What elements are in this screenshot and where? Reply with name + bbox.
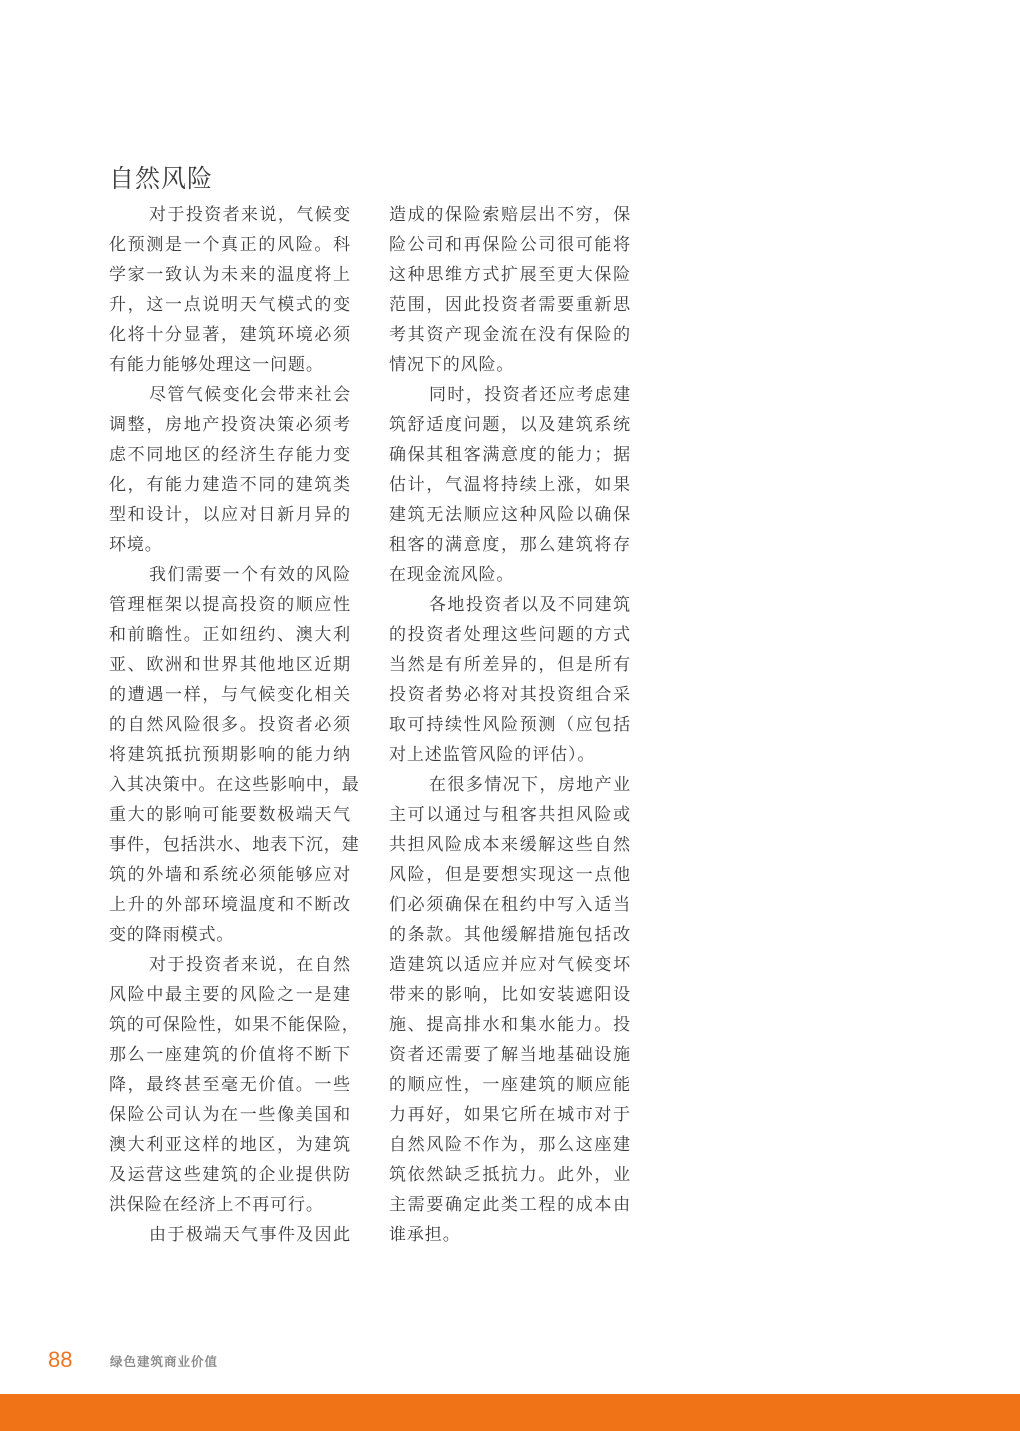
text-line: 对于投资者来说，在自然: [109, 950, 351, 980]
text-line: 在现金流风险。: [389, 560, 631, 590]
text-line: 租客的满意度，那么建筑将存: [389, 530, 631, 560]
text-line: 带来的影响，比如安装遮阳设: [389, 980, 631, 1010]
paragraph: 对于投资者来说，在自然 风险中最主要的风险之一是建 筑的可保险性，如果不能保险，…: [109, 950, 351, 1220]
text-line: 的条款。其他缓解措施包括改: [389, 920, 631, 950]
text-line: 我们需要一个有效的风险: [109, 560, 351, 590]
right-column: 造成的保险索赔层出不穷，保 险公司和再保险公司很可能将 这种思维方式扩展至更大保…: [389, 200, 631, 1250]
text-line: 虑不同地区的经济生存能力变: [109, 440, 351, 470]
text-line: 筑依然缺乏抵抗力。此外，业: [389, 1160, 631, 1190]
text-line: 入其决策中。在这些影响中，最: [109, 770, 351, 800]
text-line: 估计，气温将持续上涨，如果: [389, 470, 631, 500]
text-line: 资者还需要了解当地基础设施: [389, 1040, 631, 1070]
text-line: 上升的外部环境温度和不断改: [109, 890, 351, 920]
text-line: 风险，但是要想实现这一点他: [389, 860, 631, 890]
text-line: 当然是有所差异的，但是所有: [389, 650, 631, 680]
text-line: 降，最终甚至毫无价值。一些: [109, 1070, 351, 1100]
text-line: 学家一致认为未来的温度将上: [109, 260, 351, 290]
text-line: 风险中最主要的风险之一是建: [109, 980, 351, 1010]
text-line: 化将十分显著，建筑环境必须: [109, 320, 351, 350]
text-line: 各地投资者以及不同建筑: [389, 590, 631, 620]
text-line: 险公司和再保险公司很可能将: [389, 230, 631, 260]
text-line: 尽管气候变化会带来社会: [109, 380, 351, 410]
paragraph: 尽管气候变化会带来社会 调整，房地产投资决策必须考 虑不同地区的经济生存能力变 …: [109, 380, 351, 560]
footer-accent-bar: [0, 1394, 1020, 1431]
text-line: 调整，房地产投资决策必须考: [109, 410, 351, 440]
text-line: 环境。: [109, 530, 351, 560]
text-line: 确保其租客满意度的能力；据: [389, 440, 631, 470]
paragraph: 各地投资者以及不同建筑 的投资者处理这些问题的方式 当然是有所差异的，但是所有 …: [389, 590, 631, 770]
text-line: 造建筑以适应并应对气候变坏: [389, 950, 631, 980]
paragraph: 在很多情况下，房地产业 主可以通过与租客共担风险或 共担风险成本来缓解这些自然 …: [389, 770, 631, 1250]
publication-title: 绿色建筑商业价值: [110, 1353, 218, 1371]
text-line: 化，有能力建造不同的建筑类: [109, 470, 351, 500]
left-column: 对于投资者来说，气候变 化预测是一个真正的风险。科 学家一致认为未来的温度将上 …: [109, 200, 351, 1250]
text-line: 谁承担。: [389, 1220, 631, 1250]
text-line: 主需要确定此类工程的成本由: [389, 1190, 631, 1220]
text-line: 保险公司认为在一些像美国和: [109, 1100, 351, 1130]
text-line: 主可以通过与租客共担风险或: [389, 800, 631, 830]
paragraph: 造成的保险索赔层出不穷，保 险公司和再保险公司很可能将 这种思维方式扩展至更大保…: [389, 200, 631, 380]
text-line: 共担风险成本来缓解这些自然: [389, 830, 631, 860]
text-line: 那么一座建筑的价值将不断下: [109, 1040, 351, 1070]
text-line: 及运营这些建筑的企业提供防: [109, 1160, 351, 1190]
text-line: 对上述监管风险的评估）。: [389, 740, 631, 770]
page-number: 88: [48, 1346, 72, 1374]
text-line: 的投资者处理这些问题的方式: [389, 620, 631, 650]
paragraph: 由于极端天气事件及因此: [109, 1220, 351, 1250]
text-line: 化预测是一个真正的风险。科: [109, 230, 351, 260]
text-line: 投资者势必将对其投资组合采: [389, 680, 631, 710]
text-line: 事件，包括洪水、地表下沉，建: [109, 830, 351, 860]
text-line: 范围，因此投资者需要重新思: [389, 290, 631, 320]
text-line: 造成的保险索赔层出不穷，保: [389, 200, 631, 230]
text-line: 有能力能够处理这一问题。: [109, 350, 351, 380]
text-line: 的遭遇一样，与气候变化相关: [109, 680, 351, 710]
text-line: 筑的可保险性，如果不能保险，: [109, 1010, 351, 1040]
text-line: 力再好，如果它所在城市对于: [389, 1100, 631, 1130]
text-line: 筑的外墙和系统必须能够应对: [109, 860, 351, 890]
text-line: 由于极端天气事件及因此: [109, 1220, 351, 1250]
text-line: 同时，投资者还应考虑建: [389, 380, 631, 410]
text-line: 施、提高排水和集水能力。投: [389, 1010, 631, 1040]
text-line: 筑舒适度问题，以及建筑系统: [389, 410, 631, 440]
text-line: 们必须确保在租约中写入适当: [389, 890, 631, 920]
text-line: 管理框架以提高投资的顺应性: [109, 590, 351, 620]
text-line: 情况下的风险。: [389, 350, 631, 380]
text-line: 洪保险在经济上不再可行。: [109, 1190, 351, 1220]
text-line: 重大的影响可能要数极端天气: [109, 800, 351, 830]
text-line: 这种思维方式扩展至更大保险: [389, 260, 631, 290]
text-line: 将建筑抵抗预期影响的能力纳: [109, 740, 351, 770]
text-line: 自然风险不作为，那么这座建: [389, 1130, 631, 1160]
text-line: 的自然风险很多。投资者必须: [109, 710, 351, 740]
text-line: 亚、欧洲和世界其他地区近期: [109, 650, 351, 680]
text-line: 在很多情况下，房地产业: [389, 770, 631, 800]
text-line: 的顺应性，一座建筑的顺应能: [389, 1070, 631, 1100]
text-line: 升，这一点说明天气模式的变: [109, 290, 351, 320]
text-line: 建筑无法顺应这种风险以确保: [389, 500, 631, 530]
paragraph: 同时，投资者还应考虑建 筑舒适度问题，以及建筑系统 确保其租客满意度的能力；据 …: [389, 380, 631, 590]
paragraph: 对于投资者来说，气候变 化预测是一个真正的风险。科 学家一致认为未来的温度将上 …: [109, 200, 351, 380]
text-line: 和前瞻性。正如纽约、澳大利: [109, 620, 351, 650]
text-line: 取可持续性风险预测（应包括: [389, 710, 631, 740]
text-line: 对于投资者来说，气候变: [109, 200, 351, 230]
text-line: 型和设计，以应对日新月异的: [109, 500, 351, 530]
section-title: 自然风险: [109, 161, 213, 197]
text-line: 澳大利亚这样的地区，为建筑: [109, 1130, 351, 1160]
text-line: 考其资产现金流在没有保险的: [389, 320, 631, 350]
text-line: 变的降雨模式。: [109, 920, 351, 950]
paragraph: 我们需要一个有效的风险 管理框架以提高投资的顺应性 和前瞻性。正如纽约、澳大利 …: [109, 560, 351, 950]
